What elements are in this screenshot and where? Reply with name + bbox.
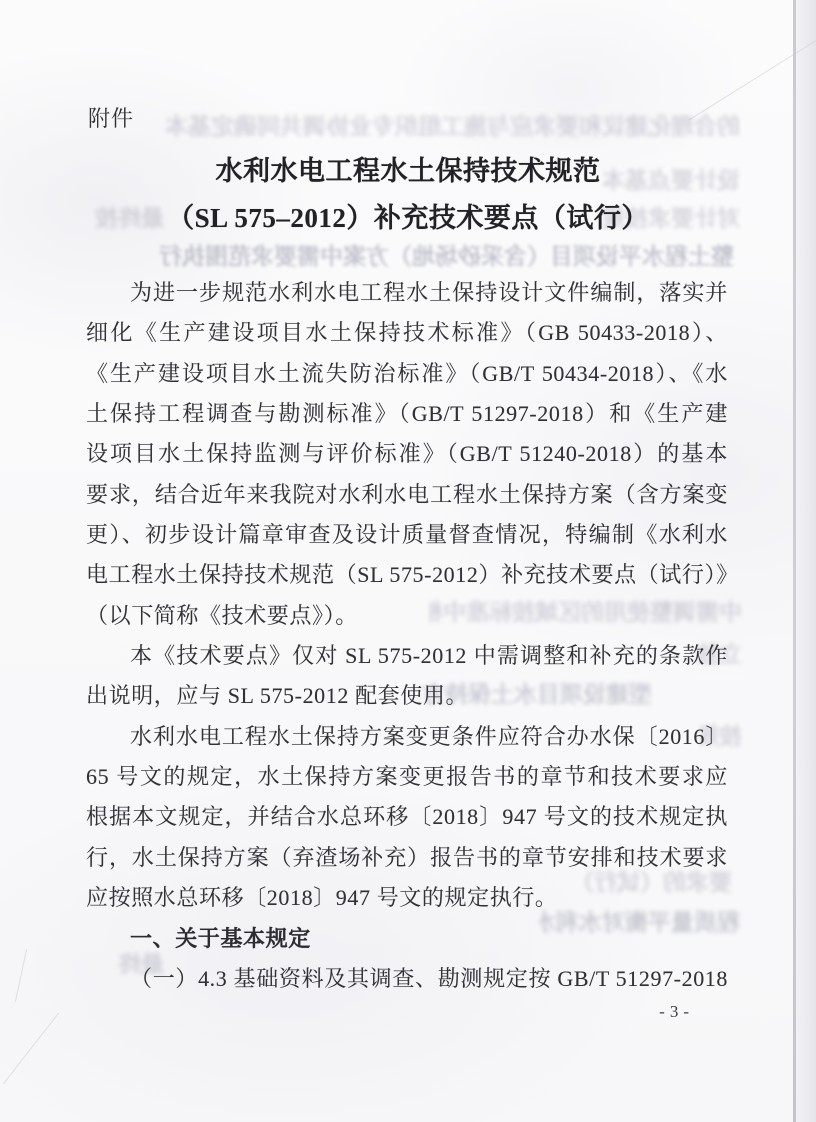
body-line: 《生产建设项目水土流失防治标准》（GB/T 50434-2018）、《水	[86, 354, 728, 394]
body-line: 要求，结合近年来我院对水利水电工程水土保持方案（含方案变	[86, 475, 728, 515]
page-number: -3-	[659, 1002, 694, 1022]
document-title-line1: 水利水电工程水土保持技术规范	[86, 149, 730, 188]
body-line: 本《技术要点》仅对 SL 575-2012 中需调整和补充的条款作	[86, 636, 728, 676]
body-line: （以下简称《技术要点》）。	[86, 596, 728, 636]
document-title-line2: （SL 575–2012）补充技术要点（试行）	[86, 196, 730, 235]
body-line: 行，水土保持方案（弃渣场补充）报告书的章节安排和技术要求	[86, 838, 728, 878]
body-line: 水利水电工程水土保持方案变更条件应符合办水保〔2016〕	[86, 717, 728, 757]
bleed-through-text: 整土程水平设项目（含采砂场地）方案中需要求范围执行	[84, 242, 734, 272]
scan-edge-strip	[796, 0, 816, 1122]
body-line: 土保持工程调查与勘测标准》（GB/T 51297-2018）和《生产建	[86, 394, 728, 434]
body-line: 根据本文规定，并结合水总环移〔2018〕947 号文的技术规定执	[86, 797, 728, 837]
body-line: 更）、初步设计篇章审查及设计质量督查情况，特编制《水利水	[86, 515, 728, 555]
clause-line: （一）4.3 基础资料及其调查、勘测规定按 GB/T 51297-2018	[86, 959, 728, 999]
body-line: 出说明，应与 SL 575-2012 配套使用。	[86, 676, 728, 716]
scanned-document-page: 的合理化建议和要求应与施工组织专业协调共同确定基本 设计要点基本 最终按 对计要…	[0, 0, 816, 1122]
document-body: 为进一步规范水利水电工程水土保持设计文件编制，落实并 细化《生产建设项目水土保持…	[86, 273, 728, 999]
bleed-through-text: 的合理化建议和要求应与施工组织专业协调共同确定基本	[128, 112, 740, 142]
body-line: 设项目水土保持监测与评价标准》（GB/T 51240-2018）的基本	[86, 434, 728, 474]
paper-crease	[3, 1013, 59, 1085]
section-heading: 一、关于基本规定	[86, 919, 728, 959]
attachment-label: 附件	[88, 102, 134, 133]
body-line: 为进一步规范水利水电工程水土保持设计文件编制，落实并	[86, 273, 728, 313]
body-line: 65 号文的规定，水土保持方案变更报告书的章节和技术要求应	[86, 757, 728, 797]
body-line: 细化《生产建设项目水土保持技术标准》（GB 50433-2018）、	[86, 313, 728, 353]
body-line: 应按照水总环移〔2018〕947 号文的规定执行。	[86, 878, 728, 918]
paper-crease	[15, 949, 27, 1002]
body-line: 电工程水土保持技术规范（SL 575-2012）补充技术要点（试行）》	[86, 555, 728, 595]
